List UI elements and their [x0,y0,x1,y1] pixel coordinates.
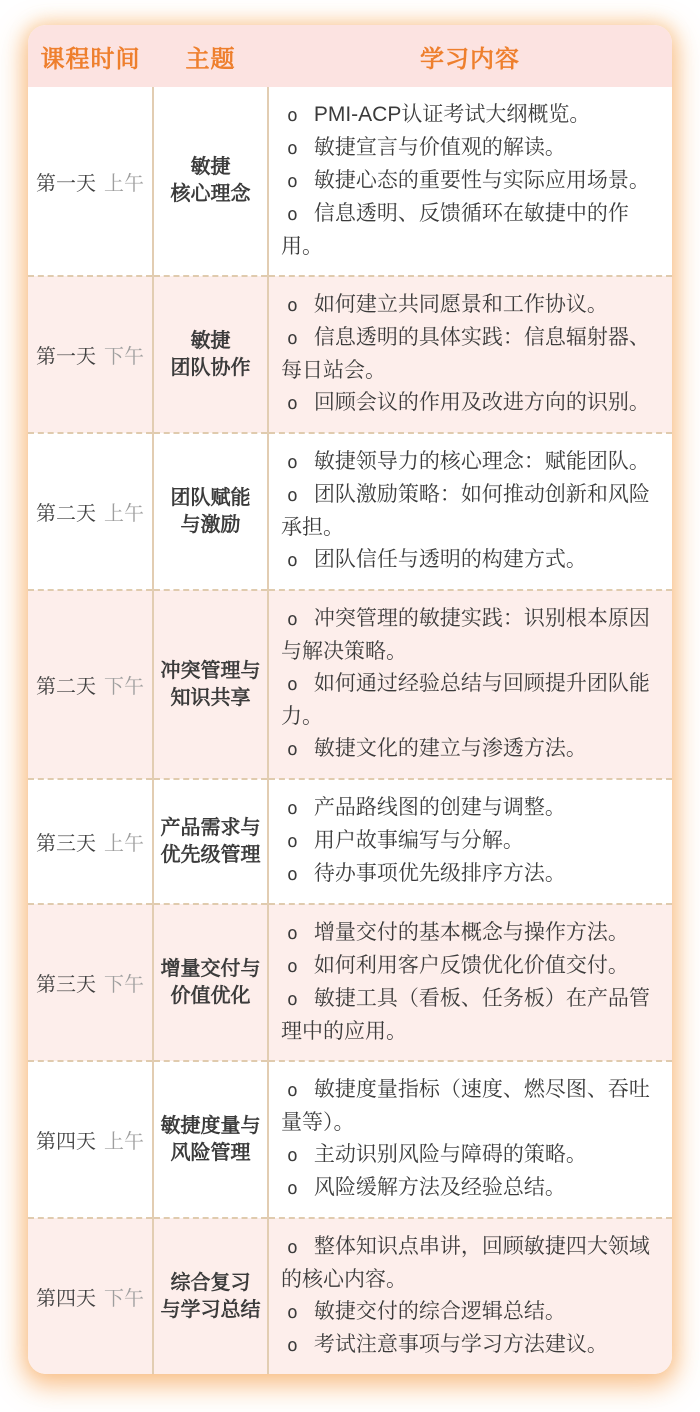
period-label: 上午 [104,173,144,195]
cell-course-time: 第四天上午 [28,1061,153,1218]
content-bullet-item: o敏捷交付的综合逻辑总结。 [281,1296,660,1329]
bullet-marker: o [287,1075,298,1107]
table-row: 第二天上午 团队赋能与激励 o敏捷领导力的核心理念：赋能团队。o团队激励策略：如… [28,433,672,590]
topic-line: 敏捷 [156,154,265,181]
cell-topic: 团队赋能与激励 [153,433,268,590]
topic-line: 风险管理 [156,1140,265,1167]
bullet-marker: o [287,734,298,766]
topic-line: 冲突管理与 [156,658,265,685]
cell-learning-content: o敏捷度量指标（速度、燃尽图、吞吐量等）。o主动识别风险与障碍的策略。o风险缓解… [268,1061,672,1218]
bullet-marker: o [287,100,298,132]
content-bullet-item: o回顾会议的作用及改进方向的识别。 [281,387,660,420]
table-row: 第四天下午 综合复习与学习总结 o整体知识点串讲，回顾敏捷四大领域的核心内容。o… [28,1218,672,1374]
content-bullet-item: o敏捷心态的重要性与实际应用场景。 [281,165,660,198]
period-label: 上午 [104,1131,144,1153]
day-label: 第一天 [36,173,96,195]
content-bullet-item: o敏捷度量指标（速度、燃尽图、吞吐量等）。 [281,1074,660,1139]
topic-line: 产品需求与 [156,815,265,842]
header-cell-content: 学习内容 [268,25,672,87]
content-bullet-item: o考试注意事项与学习方法建议。 [281,1329,660,1362]
day-label: 第四天 [36,1288,96,1310]
cell-topic: 冲突管理与知识共享 [153,590,268,779]
topic-line: 敏捷度量与 [156,1113,265,1140]
bullet-marker: o [287,859,298,891]
bullet-marker: o [287,447,298,479]
content-bullet-item: o产品路线图的创建与调整。 [281,792,660,825]
cell-course-time: 第一天下午 [28,276,153,433]
table-row: 第一天下午 敏捷团队协作 o如何建立共同愿景和工作协议。o信息透明的具体实践：信… [28,276,672,433]
bullet-marker: o [287,1232,298,1264]
topic-line: 核心理念 [156,181,265,208]
bullet-marker: o [287,133,298,165]
content-bullet-item: o敏捷文化的建立与渗透方法。 [281,733,660,766]
content-bullet-item: o增量交付的基本概念与操作方法。 [281,917,660,950]
content-bullet-item: o敏捷宣言与价值观的解读。 [281,132,660,165]
content-bullet-item: o主动识别风险与障碍的策略。 [281,1139,660,1172]
table-body: 第一天上午 敏捷核心理念 oPMI-ACP认证考试大纲概览。o敏捷宣言与价值观的… [28,87,672,1374]
period-label: 上午 [104,503,144,525]
bullet-marker: o [287,793,298,825]
bullet-marker: o [287,918,298,950]
bullet-marker: o [287,951,298,983]
cell-course-time: 第二天下午 [28,590,153,779]
content-bullet-item: o待办事项优先级排序方法。 [281,858,660,891]
bullet-marker: o [287,1330,298,1362]
topic-line: 价值优化 [156,983,265,1010]
table-row: 第二天下午 冲突管理与知识共享 o冲突管理的敏捷实践：识别根本原因与解决策略。o… [28,590,672,779]
bullet-marker: o [287,604,298,636]
content-bullet-item: o信息透明、反馈循环在敏捷中的作用。 [281,198,660,263]
topic-line: 敏捷 [156,328,265,355]
topic-line: 团队协作 [156,355,265,382]
content-bullet-item: o敏捷领导力的核心理念：赋能团队。 [281,446,660,479]
period-label: 下午 [104,346,144,368]
topic-line: 与激励 [156,512,265,539]
content-bullet-item: o整体知识点串讲，回顾敏捷四大领域的核心内容。 [281,1231,660,1296]
topic-line: 增量交付与 [156,956,265,983]
cell-learning-content: o整体知识点串讲，回顾敏捷四大领域的核心内容。o敏捷交付的综合逻辑总结。o考试注… [268,1218,672,1374]
bullet-marker: o [287,290,298,322]
table-row: 第一天上午 敏捷核心理念 oPMI-ACP认证考试大纲概览。o敏捷宣言与价值观的… [28,87,672,276]
content-bullet-item: o如何利用客户反馈优化价值交付。 [281,950,660,983]
table-row: 第三天上午 产品需求与优先级管理 o产品路线图的创建与调整。o用户故事编写与分解… [28,779,672,904]
day-label: 第三天 [36,833,96,855]
bullet-marker: o [287,199,298,231]
content-bullet-item: oPMI-ACP认证考试大纲概览。 [281,99,660,132]
bullet-marker: o [287,1297,298,1329]
cell-topic: 敏捷度量与风险管理 [153,1061,268,1218]
topic-line: 综合复习 [156,1270,265,1297]
bullet-marker: o [287,1140,298,1172]
cell-course-time: 第四天下午 [28,1218,153,1374]
cell-learning-content: o冲突管理的敏捷实践：识别根本原因与解决策略。o如何通过经验总结与回顾提升团队能… [268,590,672,779]
cell-learning-content: o敏捷领导力的核心理念：赋能团队。o团队激励策略：如何推动创新和风险承担。o团队… [268,433,672,590]
bullet-marker: o [287,166,298,198]
bullet-marker: o [287,480,298,512]
cell-course-time: 第一天上午 [28,87,153,276]
cell-course-time: 第三天下午 [28,904,153,1061]
bullet-marker: o [287,1173,298,1205]
cell-topic: 产品需求与优先级管理 [153,779,268,904]
topic-line: 团队赋能 [156,485,265,512]
cell-learning-content: o增量交付的基本概念与操作方法。o如何利用客户反馈优化价值交付。o敏捷工具（看板… [268,904,672,1061]
day-label: 第四天 [36,1131,96,1153]
topic-line: 与学习总结 [156,1297,265,1324]
content-bullet-item: o如何通过经验总结与回顾提升团队能力。 [281,668,660,733]
day-label: 第一天 [36,346,96,368]
bullet-marker: o [287,984,298,1016]
cell-learning-content: o如何建立共同愿景和工作协议。o信息透明的具体实践：信息辐射器、每日站会。o回顾… [268,276,672,433]
cell-course-time: 第三天上午 [28,779,153,904]
content-bullet-item: o用户故事编写与分解。 [281,825,660,858]
period-label: 下午 [104,676,144,698]
bullet-marker: o [287,545,298,577]
table-header: 课程时间 主题 学习内容 [28,25,672,87]
day-label: 第二天 [36,676,96,698]
bullet-marker: o [287,388,298,420]
cell-learning-content: o产品路线图的创建与调整。o用户故事编写与分解。o待办事项优先级排序方法。 [268,779,672,904]
table-row: 第三天下午 增量交付与价值优化 o增量交付的基本概念与操作方法。o如何利用客户反… [28,904,672,1061]
content-bullet-item: o冲突管理的敏捷实践：识别根本原因与解决策略。 [281,603,660,668]
table-row: 第四天上午 敏捷度量与风险管理 o敏捷度量指标（速度、燃尽图、吞吐量等）。o主动… [28,1061,672,1218]
topic-line: 知识共享 [156,685,265,712]
period-label: 上午 [104,833,144,855]
cell-topic: 综合复习与学习总结 [153,1218,268,1374]
bullet-marker: o [287,323,298,355]
content-bullet-item: o敏捷工具（看板、任务板）在产品管理中的应用。 [281,983,660,1048]
cell-topic: 增量交付与价值优化 [153,904,268,1061]
content-bullet-item: o信息透明的具体实践：信息辐射器、每日站会。 [281,322,660,387]
header-cell-topic: 主题 [153,25,268,87]
period-label: 下午 [104,1288,144,1310]
header-cell-course-time: 课程时间 [28,25,153,87]
content-bullet-item: o团队激励策略：如何推动创新和风险承担。 [281,479,660,544]
course-schedule-card: 课程时间 主题 学习内容 第一天上午 敏捷核心理念 oPMI-ACP认证考试大纲… [28,25,672,1374]
content-bullet-item: o团队信任与透明的构建方式。 [281,544,660,577]
course-schedule-table: 课程时间 主题 学习内容 第一天上午 敏捷核心理念 oPMI-ACP认证考试大纲… [28,25,672,1374]
content-bullet-item: o如何建立共同愿景和工作协议。 [281,289,660,322]
bullet-marker: o [287,826,298,858]
period-label: 下午 [104,974,144,996]
cell-topic: 敏捷团队协作 [153,276,268,433]
topic-line: 优先级管理 [156,842,265,869]
cell-topic: 敏捷核心理念 [153,87,268,276]
bullet-marker: o [287,669,298,701]
day-label: 第三天 [36,974,96,996]
cell-course-time: 第二天上午 [28,433,153,590]
cell-learning-content: oPMI-ACP认证考试大纲概览。o敏捷宣言与价值观的解读。o敏捷心态的重要性与… [268,87,672,276]
content-bullet-item: o风险缓解方法及经验总结。 [281,1172,660,1205]
day-label: 第二天 [36,503,96,525]
